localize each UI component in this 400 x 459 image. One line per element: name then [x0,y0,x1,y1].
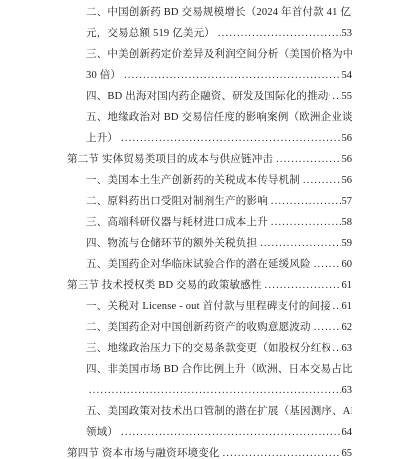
toc-entry-item: 一、关税对 License - out 首付款与里程碑支付的间接影响 61 [67,296,352,317]
table-of-contents: 二、中国创新药 BD 交易规模增长（2024 年首付款 41 亿美 元，交易总额… [0,0,400,459]
dot-leader [265,275,341,296]
toc-entry-text: 三、中美创新药定价差异及利润空间分析（美国价格为中国 10 - [86,44,352,65]
toc-entry-text: 二、中国创新药 BD 交易规模增长（2024 年首付款 41 亿美 [86,2,352,23]
toc-entry-item: 30 倍） 54 [67,65,352,86]
toc-entry-text: 第四节 资本市场与融资环境变化 [67,443,220,459]
toc-entry-item: 一、美国本土生产创新药的关税成本传导机制 56 [67,170,352,191]
toc-entry-text: 领域） [86,422,118,443]
dot-leader [218,23,341,44]
toc-page-number: 61 [342,275,353,296]
toc-entry-text: 五、美国药企对华临床试验合作的潜在延缓风险 [86,254,311,275]
dot-leader [223,443,341,459]
toc-entry-item: 三、高端科研仪器与耗材进口成本上升 58 [67,212,352,233]
toc-entry-item: 二、中国创新药 BD 交易规模增长（2024 年首付款 41 亿美 [67,2,352,23]
toc-entry-item: 四、物流与仓储环节的额外关税负担 59 [67,233,352,254]
dot-leader [276,149,340,170]
dot-leader [124,65,340,86]
toc-page-number: 63 [342,380,353,401]
toc-entry-text: 30 倍） [86,65,121,86]
dot-leader [333,296,341,317]
toc-entry-text: 第三节 技术授权类 BD 交易的政策敏感性 [67,275,262,296]
dot-leader [271,212,341,233]
toc-entry-item: 上升） 56 [67,128,352,149]
toc-entry-item: 三、地缘政治压力下的交易条款变更（如股权分红权限制） 63 [67,338,352,359]
dot-leader [121,422,340,443]
toc-entry-text: 五、地缘政治对 BD 交易信任度的影响案例（欧洲企业谈判优势 [86,107,352,128]
toc-entry-text: 元，交易总额 519 亿美元） [86,23,215,44]
dot-leader [314,254,341,275]
toc-entry-item: 二、原料药出口受阻对制剂生产的影响 57 [67,191,352,212]
toc-entry-item: 三、中美创新药定价差异及利润空间分析（美国价格为中国 10 - [67,44,352,65]
toc-entry-item: 五、美国政策对技术出口管制的潜在扩展（基因测序、AI 制药 [67,401,352,422]
toc-page-number: 64 [342,422,353,443]
toc-page-number: 63 [342,338,353,359]
toc-entry-section: 第二节 实体贸易类项目的成本与供应链冲击 56 [67,149,352,170]
toc-page-number: 54 [342,65,353,86]
dot-leader [89,380,341,401]
document-page: 二、中国创新药 BD 交易规模增长（2024 年首付款 41 亿美 元，交易总额… [0,0,400,459]
toc-page-number: 53 [342,23,353,44]
toc-entry-text: 二、原料药出口受阻对制剂生产的影响 [86,191,268,212]
toc-page-number: 59 [342,233,353,254]
toc-entry-item: 63 [67,380,352,401]
dot-leader [303,170,341,191]
toc-page-number: 55 [342,86,353,107]
toc-page-number: 60 [342,254,353,275]
toc-entry-item: 元，交易总额 519 亿美元） 53 [67,23,352,44]
toc-entry-text: 四、物流与仓储环节的额外关税负担 [86,233,257,254]
toc-entry-section: 第三节 技术授权类 BD 交易的政策敏感性 61 [67,275,352,296]
dot-leader [314,317,341,338]
dot-leader [271,191,341,212]
toc-entry-item: 四、BD 出海对国内药企融资、研发及国际化的推动作用 55 [67,86,352,107]
dot-leader [260,233,340,254]
toc-entry-item: 领域） 64 [67,422,352,443]
toc-page-number: 57 [342,191,353,212]
toc-entry-text: 三、高端科研仪器与耗材进口成本上升 [86,212,268,233]
dot-leader [333,338,341,359]
toc-entry-item: 五、美国药企对华临床试验合作的潜在延缓风险 60 [67,254,352,275]
toc-entry-text: 一、美国本土生产创新药的关税成本传导机制 [86,170,300,191]
toc-page-number: 62 [342,317,353,338]
toc-entry-text: 上升） [86,128,118,149]
toc-entry-section: 第四节 资本市场与融资环境变化 65 [67,443,352,459]
toc-entry-text: 第二节 实体贸易类项目的成本与供应链冲击 [67,149,273,170]
toc-entry-item: 五、地缘政治对 BD 交易信任度的影响案例（欧洲企业谈判优势 [67,107,352,128]
toc-entry-item: 四、非美国市场 BD 合作比例上升（欧洲、日本交易占比分析） [67,359,352,380]
toc-page-number: 56 [342,170,353,191]
toc-entry-text: 五、美国政策对技术出口管制的潜在扩展（基因测序、AI 制药 [86,401,352,422]
toc-page-number: 56 [342,149,353,170]
toc-entry-text: 四、BD 出海对国内药企融资、研发及国际化的推动作用 [86,86,330,107]
toc-entry-text: 一、关税对 License - out 首付款与里程碑支付的间接影响 [86,296,330,317]
toc-page-number: 65 [342,443,353,459]
toc-entry-text: 三、地缘政治压力下的交易条款变更（如股权分红权限制） [86,338,330,359]
toc-page-number: 58 [342,212,353,233]
toc-page-number: 56 [342,128,353,149]
toc-entry-text: 四、非美国市场 BD 合作比例上升（欧洲、日本交易占比分析） [86,359,352,380]
toc-entry-text: 二、美国药企对中国创新药资产的收购意愿波动 [86,317,311,338]
toc-entry-item: 二、美国药企对中国创新药资产的收购意愿波动 62 [67,317,352,338]
toc-page-number: 61 [342,296,353,317]
dot-leader [333,86,341,107]
dot-leader [121,128,340,149]
